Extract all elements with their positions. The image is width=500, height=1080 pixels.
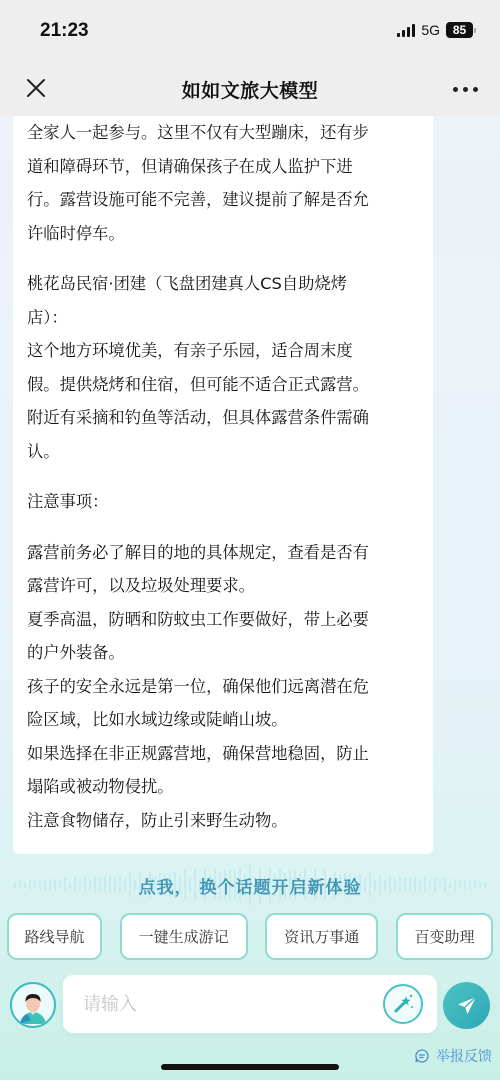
message-line: 注意食物储存，防止引来野生动物。 [27, 804, 419, 838]
message-paragraph: 露营前务必了解目的地的具体规定，查看是否有 露营许可，以及垃圾处理要求。 夏季高… [27, 536, 419, 838]
more-icon-dot [473, 87, 478, 92]
nav-bar: 如如文旅大模型 [0, 62, 500, 116]
message-line: 行。露营设施可能不完善，建议提前了解是否允 [27, 183, 419, 217]
message-line: 全家人一起参与。这里不仅有大型蹦床，还有步 [27, 116, 419, 150]
quick-action-assistant[interactable]: 百变助理 [396, 913, 493, 960]
report-feedback-link[interactable]: 举报反馈 [414, 1046, 492, 1066]
message-line: 塌陷或被动物侵扰。 [27, 770, 419, 804]
signal-icon [397, 24, 415, 37]
avatar[interactable] [10, 982, 56, 1028]
input-bar [0, 975, 500, 1035]
message-line: 假。提供烧烤和住宿，但可能不适合正式露营。 [27, 368, 419, 402]
message-line: 店）： [27, 301, 419, 335]
battery-icon: 85 [446, 22, 476, 38]
message-line: 的户外装备。 [27, 636, 419, 670]
message-line: 露营前务必了解目的地的具体规定，查看是否有 [27, 536, 419, 570]
status-time: 21:23 [40, 20, 89, 42]
message-input-container [63, 975, 437, 1033]
page-title: 如如文旅大模型 [0, 76, 500, 103]
message-line: 如果选择在非正规露营地，确保营地稳固，防止 [27, 737, 419, 771]
battery-tip [474, 28, 476, 33]
message-line: 桃花岛民宿·团建（飞盘团建真人CS自助烧烤 [27, 267, 419, 301]
message-line: 夏季高温，防晒和防蚊虫工作要做好，带上必要 [27, 603, 419, 637]
quick-actions: 路线导航 一键生成游记 资讯万事通 百变助理 [7, 913, 493, 960]
message-line: 附近有采摘和钓鱼等活动，但具体露营条件需确 [27, 401, 419, 435]
user-avatar-icon [12, 984, 54, 1026]
message-paragraph: 全家人一起参与。这里不仅有大型蹦床，还有步 道和障碍环节，但请确保孩子在成人监护… [27, 116, 419, 250]
report-feedback-label: 举报反馈 [436, 1046, 492, 1066]
message-heading: 注意事项： [27, 485, 419, 519]
quick-action-news[interactable]: 资讯万事通 [265, 913, 378, 960]
chat-bubble-icon [414, 1048, 430, 1064]
message-line: 认。 [27, 435, 419, 469]
magic-wand-icon [391, 992, 415, 1016]
message-line: 露营许可，以及垃圾处理要求。 [27, 569, 419, 603]
change-topic-label: 点我， 换个话题开启新体验 [139, 873, 362, 898]
status-bar: 21:23 5G 85 [0, 0, 500, 62]
more-icon-dot [463, 87, 468, 92]
message-paragraph: 桃花岛民宿·团建（飞盘团建真人CS自助烧烤 店）： 这个地方环境优美，有亲子乐园… [27, 267, 419, 468]
message-line: 险区域，比如水域边缘或陡峭山坡。 [27, 703, 419, 737]
status-indicators: 5G 85 [397, 22, 476, 38]
message-input[interactable] [83, 975, 373, 1033]
message-line: 道和障碍环节，但请确保孩子在成人监护下进 [27, 150, 419, 184]
network-type: 5G [421, 22, 440, 38]
message-line: 许临时停车。 [27, 217, 419, 251]
quick-action-generate-travelogue[interactable]: 一键生成游记 [120, 913, 248, 960]
message-line: 这个地方环境优美，有亲子乐园，适合周末度 [27, 334, 419, 368]
more-icon [453, 87, 458, 92]
more-button[interactable] [453, 87, 478, 92]
chat-message-bubble: 全家人一起参与。这里不仅有大型蹦床，还有步 道和障碍环节，但请确保孩子在成人监护… [13, 116, 433, 854]
quick-action-route-navigation[interactable]: 路线导航 [7, 913, 102, 960]
message-line: 孩子的安全永远是第一位，确保他们远离潜在危 [27, 670, 419, 704]
battery-level: 85 [446, 22, 473, 38]
magic-wand-button[interactable] [383, 984, 423, 1024]
send-button[interactable] [443, 982, 490, 1029]
message-line: 注意事项： [27, 485, 419, 519]
change-topic-button[interactable]: 点我， 换个话题开启新体验 [0, 860, 500, 910]
paper-plane-icon [455, 994, 479, 1018]
home-indicator [161, 1064, 339, 1070]
